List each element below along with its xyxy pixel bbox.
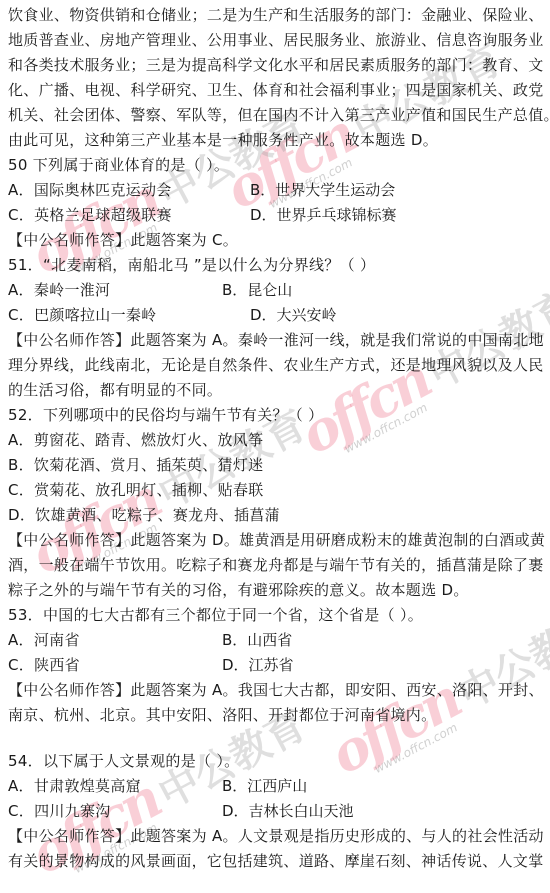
answer-line: 有关的景物构成的风景画面，它包括建筑、道路、摩崖石刻、神话传说、人文掌 [8, 850, 544, 872]
option-a: A．剪窗花、踏青、燃放灯火、放风筝 [8, 429, 263, 451]
option-b: B．世界大学生运动会 [250, 179, 395, 201]
answer-line: 南京、杭州、北京。其中安阳、洛阳、开封都位于河南省境内。 [8, 704, 436, 726]
answer-line: 理分界线，此线南北，无论是自然条件、农业生产方式，还是地理风貌以及人民 [8, 354, 544, 376]
answer-line: 【中公名师作答】此题答案为 A。我国七大古都，即安阳、西安、洛阳、开封、 [8, 679, 544, 701]
answer-line: 【中公名师作答】此题答案为 D。雄黄酒是用研磨成粉末的雄黄泡制的白酒或黄 [8, 529, 545, 551]
option-d: D．江苏省 [222, 654, 294, 676]
option-a: A．国际奥林匹克运动会 [8, 179, 172, 201]
option-a: A．河南省 [8, 629, 80, 651]
option-b: B．昆仑山 [222, 279, 292, 301]
option-b: B．江西庐山 [222, 775, 307, 797]
answer-line: 酒，一般在端午节饮用。吃粽子和赛龙舟都是与端午节有关的，插菖蒲是除了裹 [8, 554, 544, 576]
question-stem-52: 52．下列哪项中的民俗均与端午节有关？（ ） [8, 404, 323, 426]
answer-line: 【中公名师作答】此题答案为 A。人文景观是指历史形成的、与人的社会性活动 [8, 825, 544, 847]
option-d: D．吉林长白山天池 [222, 800, 354, 822]
option-c: C．巴颜喀拉山一秦岭 [8, 304, 156, 326]
paragraph-line: 和各类技术服务业；三是为提高科学文化水平和居民素质服务的部门：教育、文 [8, 54, 544, 76]
answer-line: 【中公名师作答】此题答案为 C。 [8, 229, 238, 251]
option-b: B．山西省 [222, 629, 292, 651]
question-stem-50: 50 下列属于商业体育的是（ ）。 [8, 154, 229, 176]
paragraph-line: 饮食业、物资供销和仓储业；二是为生产和生活服务的部门：金融业、保险业、 [8, 4, 544, 26]
option-b: B．饮菊花酒、赏月、插茱萸、猜灯迷 [8, 454, 263, 476]
option-d: D．大兴安岭 [250, 304, 337, 326]
answer-line: 粽子之外的与端午节有关的习俗，有避邪除疾的意义。故本题选 D。 [8, 579, 469, 601]
option-d: D．世界乒乓球锦标赛 [250, 204, 397, 226]
option-c: C．英格兰足球超级联赛 [8, 204, 172, 226]
option-d: D．饮雄黄酒、吃粽子、赛龙舟、插菖蒲 [8, 504, 280, 526]
paragraph-line: 地质普查业、房地产管理业、公用事业、居民服务业、旅游业、信息咨询服务业 [8, 29, 544, 51]
question-stem-54: 54．以下属于人文景观的是（ ）。 [8, 750, 239, 772]
option-a: A．秦岭一淮河 [8, 279, 110, 301]
option-c: C．陕西省 [8, 654, 80, 676]
paragraph-line: 化、广播、电视、科学研究、卫生、体育和社会福利事业；四是国家机关、政党 [8, 79, 544, 101]
paragraph-line: 由此可见，这种第三产业基本是一种服务性产业。故本题选 D。 [8, 129, 438, 151]
option-c: C．四川九寨沟 [8, 800, 111, 822]
document-page: offcn中公教育 www.offcn.com offcn中公教育 www.of… [0, 0, 550, 893]
question-stem-51: 51．“北麦南稻，南船北马 ”是以什么为分界线？（ ） [8, 254, 375, 276]
option-c: C．赏菊花、放孔明灯、插柳、贴春联 [8, 479, 264, 501]
question-stem-53: 53．中国的七大古都有三个都位于同一个省，这个省是（ ）。 [8, 604, 423, 626]
option-a: A．甘肃敦煌莫高窟 [8, 775, 141, 797]
answer-line: 的生活习俗，都有明显的不同。 [8, 379, 222, 401]
answer-line: 【中公名师作答】此题答案为 A。秦岭一淮河一线，就是我们常说的中国南北地 [8, 329, 544, 351]
paragraph-line: 机关、社会团体、警察、军队等，但在国内不计入第三产业产值和国民生产总值。 [8, 104, 550, 126]
